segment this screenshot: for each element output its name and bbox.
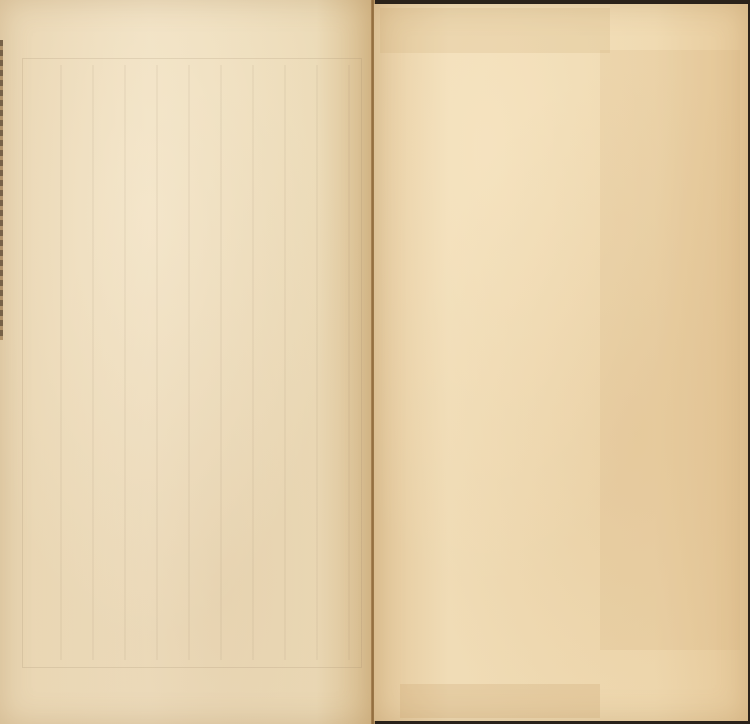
paper-stain-top <box>380 8 610 53</box>
left-edge-binding <box>0 40 3 340</box>
paper-stain-bottom <box>400 684 600 718</box>
paper-stain-side <box>600 50 740 650</box>
book-spread <box>0 0 750 724</box>
bleed-through-columns <box>30 65 350 660</box>
